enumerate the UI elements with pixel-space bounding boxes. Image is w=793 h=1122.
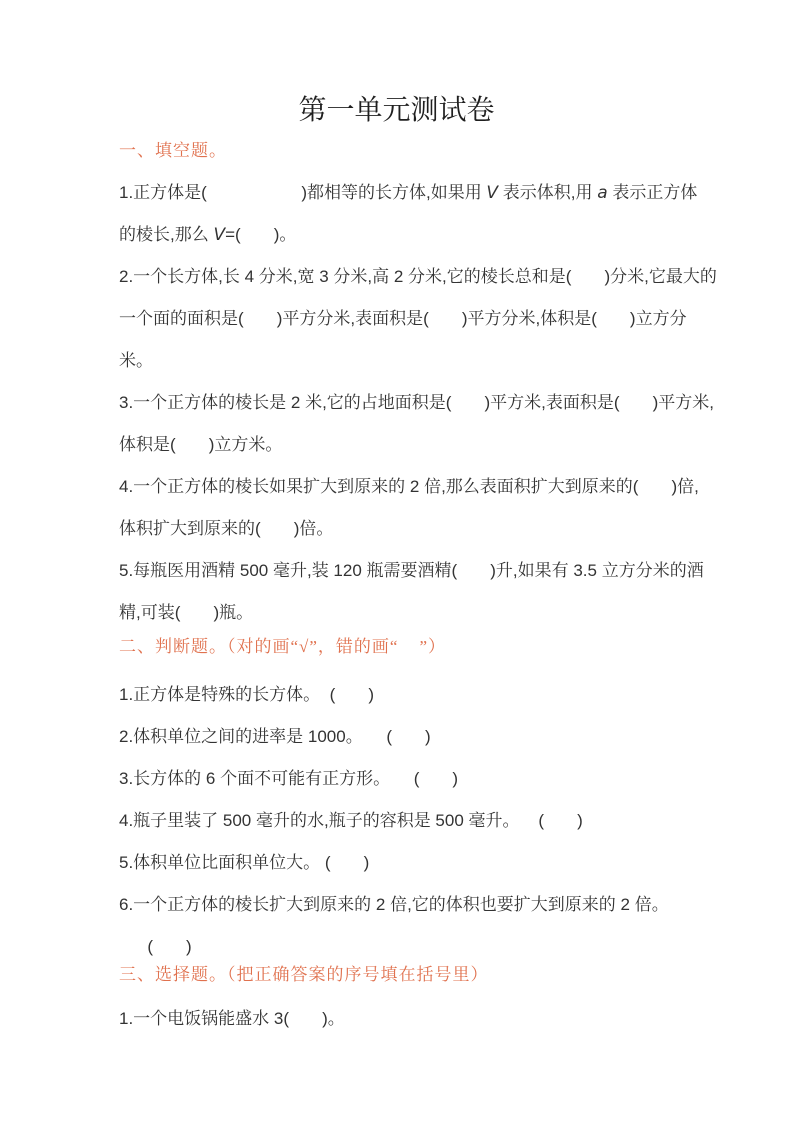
section-true-false: 二、判断题。（对的画“√”，错的画“ ”） 1.正方体是特殊的长方体。 ( ) … bbox=[119, 626, 753, 968]
text-segment: 表示正方体 bbox=[608, 183, 698, 202]
text-segment: 的棱长,那么 bbox=[119, 225, 213, 244]
tf-q1-line-1: 1.正方体是特殊的长方体。 ( ) bbox=[119, 674, 753, 716]
test-paper: 第一单元测试卷 一、填空题。 1.正方体是( )都相等的长方体,如果用 V 表示… bbox=[0, 0, 793, 1122]
mc-q1-line-1: 1.一个电饭锅能盛水 3( )。 bbox=[119, 998, 753, 1040]
fill-q3-line-1: 3.一个正方体的棱长是 2 米,它的占地面积是( )平方米,表面积是( )平方米… bbox=[119, 382, 753, 424]
section-heading: 二、判断题。（对的画“√”，错的画“ ”） bbox=[119, 626, 753, 668]
text-segment: )都相等的长方体,如果用 bbox=[301, 183, 486, 202]
variable-symbol: V bbox=[486, 183, 498, 203]
fill-q2-line-2: 一个面的面积是( )平方分米,表面积是( )平方分米,体积是( )立方分 bbox=[119, 298, 753, 340]
fill-q4-line-2: 体积扩大到原来的( )倍。 bbox=[119, 508, 753, 550]
page-title: 第一单元测试卷 bbox=[0, 0, 793, 130]
tf-q5-line-1: 5.体积单位比面积单位大。 ( ) bbox=[119, 842, 753, 884]
section-multiple-choice: 三、选择题。（把正确答案的序号填在括号里） 1.一个电饭锅能盛水 3( )。 bbox=[119, 954, 753, 1040]
variable-symbol: a bbox=[597, 183, 607, 203]
fill-q2-line-3: 米。 bbox=[119, 340, 753, 382]
tf-q2-line-1: 2.体积单位之间的进率是 1000。 ( ) bbox=[119, 716, 753, 758]
fill-q5-line-1: 5.每瓶医用酒精 500 毫升,装 120 瓶需要酒精( )升,如果有 3.5 … bbox=[119, 550, 753, 592]
fill-q1-line-2: 的棱长,那么 V=( )。 bbox=[119, 214, 753, 256]
tf-q4-line-1: 4.瓶子里装了 500 毫升的水,瓶子的容积是 500 毫升。 ( ) bbox=[119, 800, 753, 842]
fill-q1-line-1: 1.正方体是( )都相等的长方体,如果用 V 表示体积,用 a 表示正方体 bbox=[119, 172, 753, 214]
text-segment: =( )。 bbox=[225, 225, 296, 244]
fill-q2-line-1: 2.一个长方体,长 4 分米,宽 3 分米,高 2 分米,它的棱长总和是( )分… bbox=[119, 256, 753, 298]
text-segment: 1.正方体是( bbox=[119, 183, 207, 202]
section-fill-in-blanks: 一、填空题。 1.正方体是( )都相等的长方体,如果用 V 表示体积,用 a 表… bbox=[119, 130, 753, 634]
variable-symbol: V bbox=[213, 225, 225, 245]
section-heading: 一、填空题。 bbox=[119, 130, 753, 172]
paper-content: 一、填空题。 1.正方体是( )都相等的长方体,如果用 V 表示体积,用 a 表… bbox=[0, 130, 793, 1040]
tf-q3-line-1: 3.长方体的 6 个面不可能有正方形。 ( ) bbox=[119, 758, 753, 800]
fill-q4-line-1: 4.一个正方体的棱长如果扩大到原来的 2 倍,那么表面积扩大到原来的( )倍, bbox=[119, 466, 753, 508]
section-heading: 三、选择题。（把正确答案的序号填在括号里） bbox=[119, 954, 753, 996]
fill-q3-line-2: 体积是( )立方米。 bbox=[119, 424, 753, 466]
text-segment: 表示体积,用 bbox=[498, 183, 597, 202]
text-segment bbox=[207, 183, 301, 202]
tf-q6-line-1: 6.一个正方体的棱长扩大到原来的 2 倍,它的体积也要扩大到原来的 2 倍。 bbox=[119, 884, 753, 926]
